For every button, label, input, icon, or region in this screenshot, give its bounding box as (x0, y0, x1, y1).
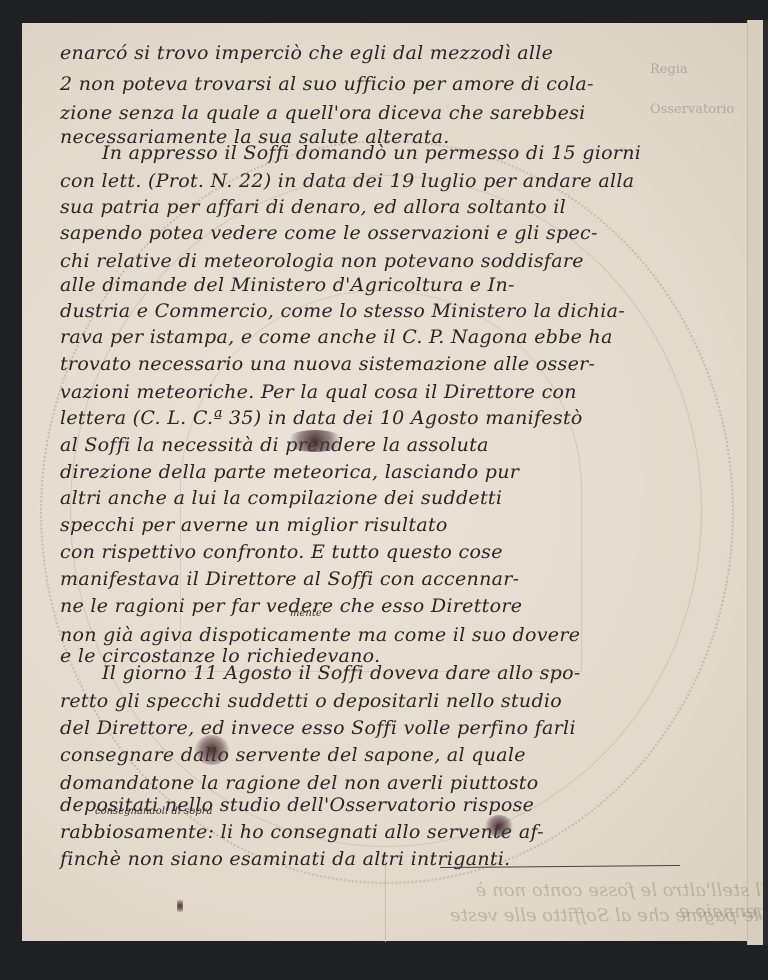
text-line: sapendo potea vedere come le osservazion… (60, 222, 598, 244)
text-line: vazioni meteoriche. Per la qual cosa il … (60, 381, 577, 403)
text-line: enarcó si trovo imperciò che egli dal me… (60, 42, 553, 64)
text-line: alle dimande del Ministero d'Agricoltura… (60, 274, 515, 296)
text-line: dustria e Commercio, come lo stesso Mini… (60, 300, 625, 322)
text-line: lettera (C. L. C.ª 35) in data dei 10 Ag… (60, 407, 583, 429)
text-line: rava per istampa, e come anche il C. P. … (60, 326, 613, 348)
text-line: trovato necessario una nuova sistemazion… (60, 353, 595, 375)
text-line: non già agiva dispoticamente ma come il … (60, 624, 580, 646)
text-line: specchi per averne un miglior risultato (60, 514, 448, 536)
ink-mark (177, 898, 183, 914)
ink-blot (485, 815, 513, 837)
text-line: con rispettivo confronto. E tutto questo… (60, 541, 503, 563)
text-line: consegnare dallo servente del sapone, al… (60, 744, 526, 766)
handwritten-text: enarcó si trovo imperciò che egli dal me… (0, 0, 768, 980)
ink-blot (195, 735, 229, 765)
ink-blot (285, 430, 345, 452)
text-line: Il giorno 11 Agosto il Soffi doveva dare… (102, 662, 581, 684)
text-line: del Direttore, ed invece esso Soffi voll… (60, 717, 576, 739)
text-line: manifestava il Direttore al Soffi con ac… (60, 568, 519, 590)
text-line: 2 non poteva trovarsi al suo ufficio per… (60, 73, 594, 95)
text-line: domandatone la ragione del non averli pi… (60, 772, 539, 794)
text-line: altri anche a lui la compilazione dei su… (60, 487, 502, 509)
interlinear-insertion: mente (290, 608, 322, 619)
interlinear-insertion: consegnandoli di sopra (95, 806, 212, 817)
text-line: al Soffi la necessità di prendere la ass… (60, 434, 489, 456)
text-line: zione senza la quale a quell'ora diceva … (60, 102, 586, 124)
text-line: In appresso il Soffi domandò un permesso… (102, 142, 641, 164)
text-line: retto gli specchi suddetti o depositarli… (60, 690, 562, 712)
text-line: chi relative di meteorologia non potevan… (60, 250, 584, 272)
text-line: con lett. (Prot. N. 22) in data dei 19 l… (60, 170, 634, 192)
bleed-through-text: le pagine che al Soffitto elle veste (450, 905, 759, 926)
text-line: sua patria per affari di denaro, ed allo… (60, 196, 566, 218)
text-line: rabbiosamente: li ho consegnati allo ser… (60, 821, 544, 843)
text-line: direzione della parte meteorica, lascian… (60, 461, 519, 483)
